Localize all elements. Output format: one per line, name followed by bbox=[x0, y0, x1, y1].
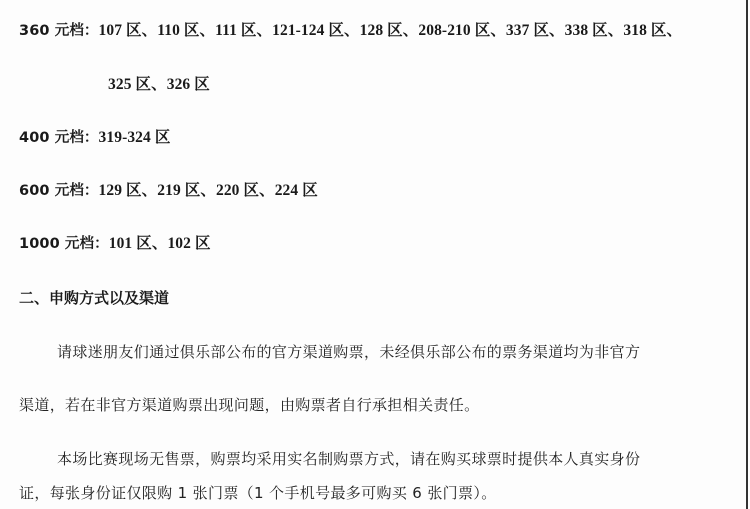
price-tier-label: 600 元档： bbox=[19, 183, 99, 199]
price-tier-400: 400 元档：319-324 区 bbox=[19, 128, 170, 148]
price-tier-label: 400 元档： bbox=[19, 130, 99, 146]
price-tier-1000: 1000 元档：101 区、102 区 bbox=[19, 234, 211, 254]
price-tier-zones: 319-324 区 bbox=[99, 129, 171, 146]
paragraph-official-channels-line2: 渠道，若在非官方渠道购票出现问题，由购票者自行承担相关责任。 bbox=[19, 395, 480, 415]
paragraph-official-channels-line1: 请球迷朋友们通过俱乐部公布的官方渠道购票，未经俱乐部公布的票务渠道均为非官方 bbox=[57, 342, 640, 362]
paragraph-real-name-line1: 本场比赛现场无售票，购票均采用实名制购票方式，请在购买球票时提供本人真实身份 bbox=[57, 449, 640, 469]
price-tier-zones: 325 区、326 区 bbox=[108, 76, 210, 93]
price-tier-360-continued: 325 区、326 区 bbox=[108, 75, 210, 95]
price-tier-label: 360 元档： bbox=[19, 23, 99, 39]
paragraph-real-name-line2: 证，每张身份证仅限购 1 张门票（1 个手机号最多可购买 6 张门票）。 bbox=[19, 483, 497, 503]
price-tier-label: 1000 元档： bbox=[19, 236, 109, 252]
price-tier-zones: 101 区、102 区 bbox=[109, 235, 211, 252]
price-tier-360: 360 元档：107 区、110 区、111 区、121-124 区、128 区… bbox=[19, 21, 682, 41]
section-heading: 二、申购方式以及渠道 bbox=[19, 288, 169, 308]
price-tier-zones: 107 区、110 区、111 区、121-124 区、128 区、208-21… bbox=[99, 22, 683, 39]
price-tier-zones: 129 区、219 区、220 区、224 区 bbox=[99, 182, 318, 199]
document-page: 360 元档：107 区、110 区、111 区、121-124 区、128 区… bbox=[0, 0, 748, 509]
price-tier-600: 600 元档：129 区、219 区、220 区、224 区 bbox=[19, 181, 318, 201]
